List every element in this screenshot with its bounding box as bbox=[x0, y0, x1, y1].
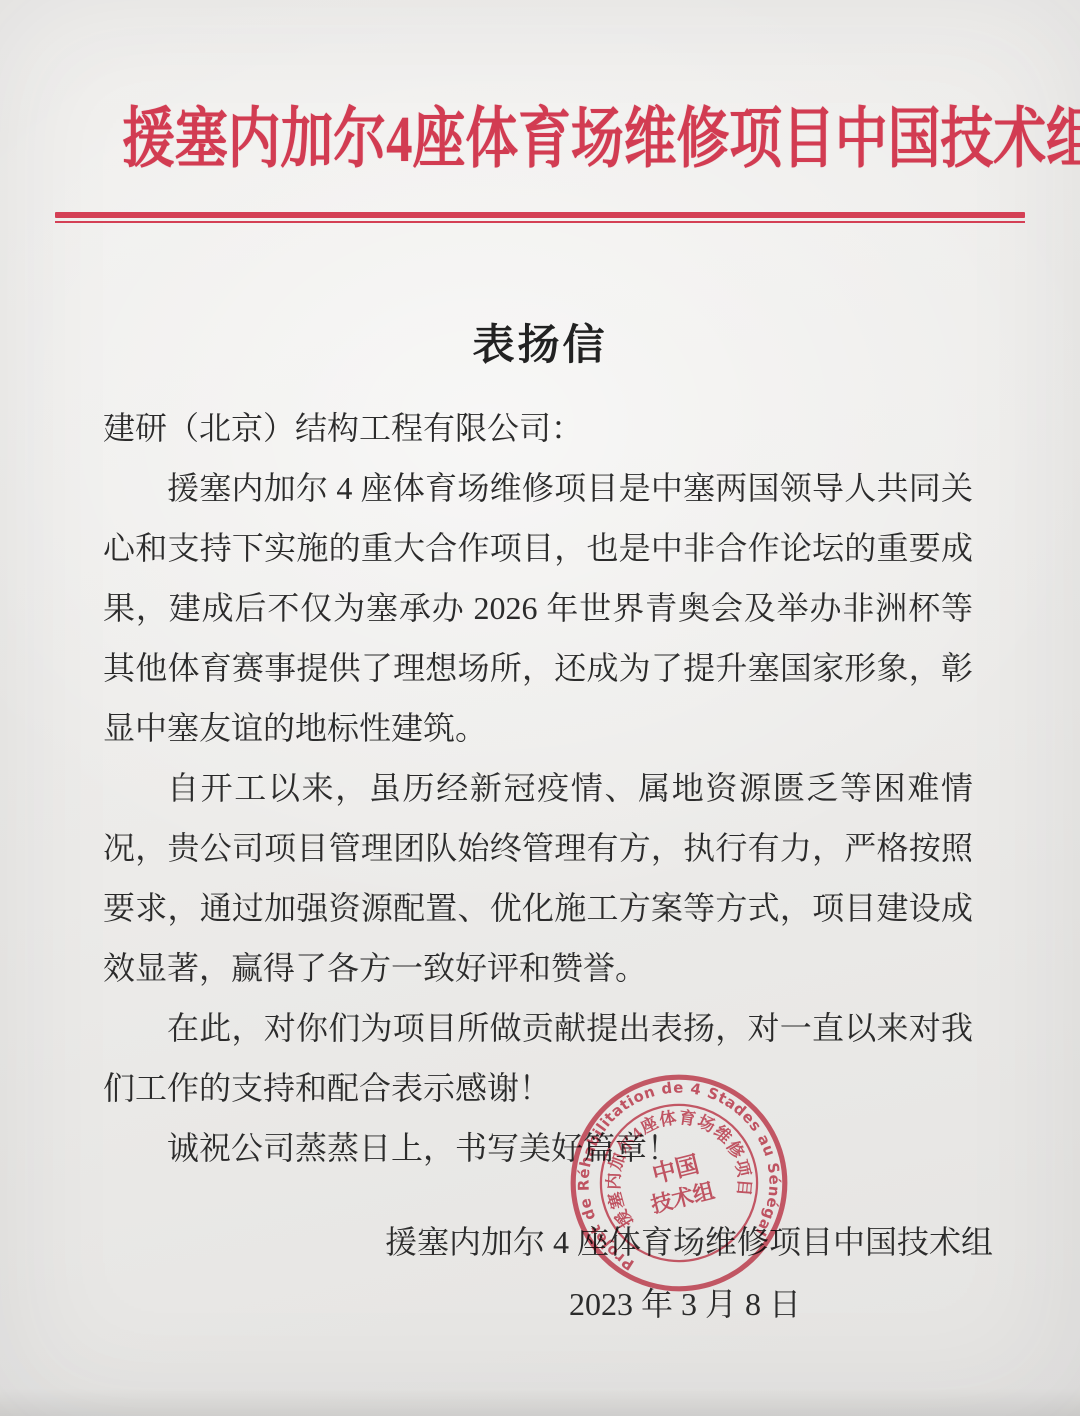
letter-date: 2023 年 3 月 8 日 bbox=[385, 1284, 985, 1324]
letterhead: 援塞内加尔4座体育场维修项目中国技术组 bbox=[0, 104, 1080, 177]
paragraph-1: 援塞内加尔 4 座体育场维修项目是中塞两国领导人共同关心和支持下实施的重大合作项… bbox=[103, 458, 973, 758]
paragraph-3: 在此，对你们为项目所做贡献提出表扬，对一直以来对我们工作的支持和配合表示感谢！ bbox=[103, 998, 973, 1118]
closing-block: 援塞内加尔 4 座体育场维修项目中国技术组 2023 年 3 月 8 日 bbox=[385, 1222, 985, 1324]
stamp-center-line2: 技术组 bbox=[648, 1178, 717, 1218]
letterhead-rule-thick-line bbox=[55, 212, 1025, 218]
paragraph-4: 诚祝公司蒸蒸日上，书写美好篇章！ bbox=[103, 1118, 973, 1178]
letter-body: 建研（北京）结构工程有限公司： 援塞内加尔 4 座体育场维修项目是中塞两国领导人… bbox=[103, 398, 973, 1178]
letterhead-org-title: 援塞内加尔4座体育场维修项目中国技术组 bbox=[122, 104, 1080, 177]
letterhead-rule bbox=[55, 212, 1025, 223]
letter-title: 表扬信 bbox=[0, 312, 1080, 372]
salutation: 建研（北京）结构工程有限公司： bbox=[103, 398, 973, 458]
commendation-letter-page: 援塞内加尔4座体育场维修项目中国技术组 表扬信 建研（北京）结构工程有限公司： … bbox=[0, 0, 1080, 1416]
paragraph-2: 自开工以来，虽历经新冠疫情、属地资源匮乏等困难情况，贵公司项目管理团队始终管理有… bbox=[103, 758, 973, 998]
letterhead-rule-thin-line bbox=[55, 221, 1025, 223]
signature-org: 援塞内加尔 4 座体育场维修项目中国技术组 bbox=[385, 1222, 985, 1262]
